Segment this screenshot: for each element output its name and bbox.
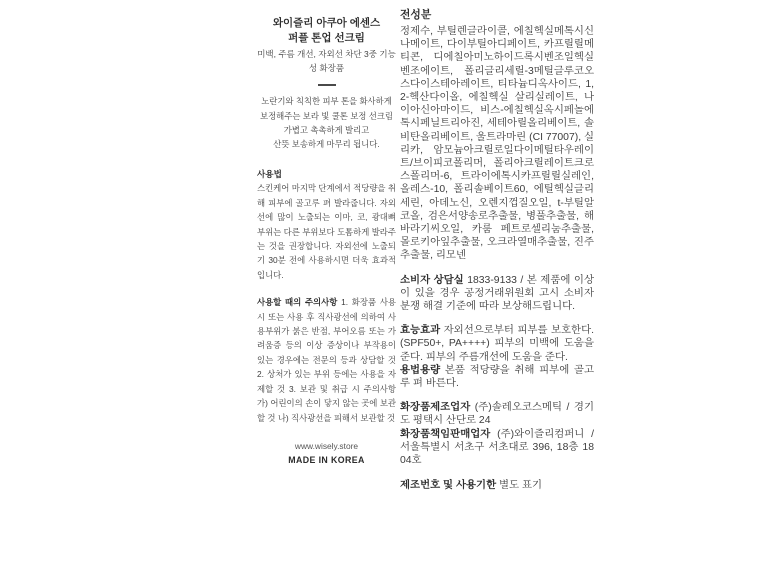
manufacturer-label: 화장품제조업자 <box>400 402 470 413</box>
usage-text: 스킨케어 마지막 단계에서 적당량을 취해 피부에 골고루 펴 발라줍니다. 자… <box>257 181 396 282</box>
consumer-service-label: 소비자 상담실 <box>400 275 464 286</box>
product-label-sheet: 와이즐리 아쿠아 에센스 퍼플 톤업 선크림 미백, 주름 개선, 자외선 차단… <box>0 0 780 561</box>
mfg-number-expiry-body: 별도 표기 <box>499 480 542 491</box>
usage-heading: 사용법 <box>257 167 396 182</box>
caution-text: 사용할 때의 주의사항 1. 화장품 사용 시 또는 사용 후 직사광선에 의하… <box>257 295 396 425</box>
ingredients-text: 정제수, 부틸렌글라이콜, 에칠헥실메톡시신나메이트, 다이부틸아디페이트, 카… <box>400 25 594 263</box>
efficacy-label: 효능효과 <box>400 325 440 336</box>
dosage-label: 용법용량 <box>400 365 440 376</box>
made-in-korea: MADE IN KOREA <box>257 455 396 465</box>
mfg-number-expiry-label: 제조번호 및 사용기한 <box>400 480 496 491</box>
website-url: www.wisely.store <box>257 441 396 451</box>
section-efficacy: 효능효과 자외선으로부터 피부를 보호한다. (SPF50+, PA++++) … <box>400 324 594 364</box>
responsible-seller-label: 화장품책임판매업자 <box>400 429 490 440</box>
intro-line: 노란기와 칙칙한 피부 톤을 화사하게 <box>257 94 396 108</box>
product-title: 와이즐리 아쿠아 에센스 퍼플 톤업 선크림 <box>257 16 396 45</box>
section-consumer-service: 소비자 상담실 1833-9133 / 본 제품에 이상이 있을 경우 공정거래… <box>400 274 594 314</box>
divider-dash <box>318 84 336 86</box>
product-title-line1: 와이즐리 아쿠아 에센스 <box>257 16 396 31</box>
intro-line: 보정해주는 보라 빛 쿨톤 보정 선크림 <box>257 109 396 123</box>
product-subtitle: 미백, 주름 개선, 자외선 차단 3중 기능성 화장품 <box>257 48 396 75</box>
ingredients-heading: 전성분 <box>400 8 594 22</box>
caution-body: 1. 화장품 사용 시 또는 사용 후 직사광선에 의하여 사용부위가 붉은 반… <box>257 297 396 422</box>
intro-line: 산뜻 보송하게 마무리 됩니다. <box>257 137 396 151</box>
section-mfg-number-expiry: 제조번호 및 사용기한 별도 표기 <box>400 479 594 492</box>
caution-label: 사용할 때의 주의사항 <box>257 297 337 307</box>
section-dosage: 용법용량 본품 적당량을 취해 피부에 골고루 펴 바른다. <box>400 364 594 390</box>
right-column: 전성분 정제수, 부틸렌글라이콜, 에칠헥실메톡시신나메이트, 다이부틸아디페이… <box>400 8 594 493</box>
left-column: 와이즐리 아쿠아 에센스 퍼플 톤업 선크림 미백, 주름 개선, 자외선 차단… <box>257 10 396 465</box>
intro-line: 가볍고 촉촉하게 발리고 <box>257 123 396 137</box>
intro-text: 노란기와 칙칙한 피부 톤을 화사하게 보정해주는 보라 빛 쿨톤 보정 선크림… <box>257 94 396 152</box>
section-manufacturer: 화장품제조업자 (주)솔레오코스메틱 / 경기도 평택시 산단로 24 <box>400 401 594 427</box>
section-responsible-seller: 화장품책임판매업자 (주)와이즐리컴퍼니 / 서울특별시 서초구 서초대로 39… <box>400 428 594 468</box>
product-title-line2: 퍼플 톤업 선크림 <box>257 31 396 46</box>
